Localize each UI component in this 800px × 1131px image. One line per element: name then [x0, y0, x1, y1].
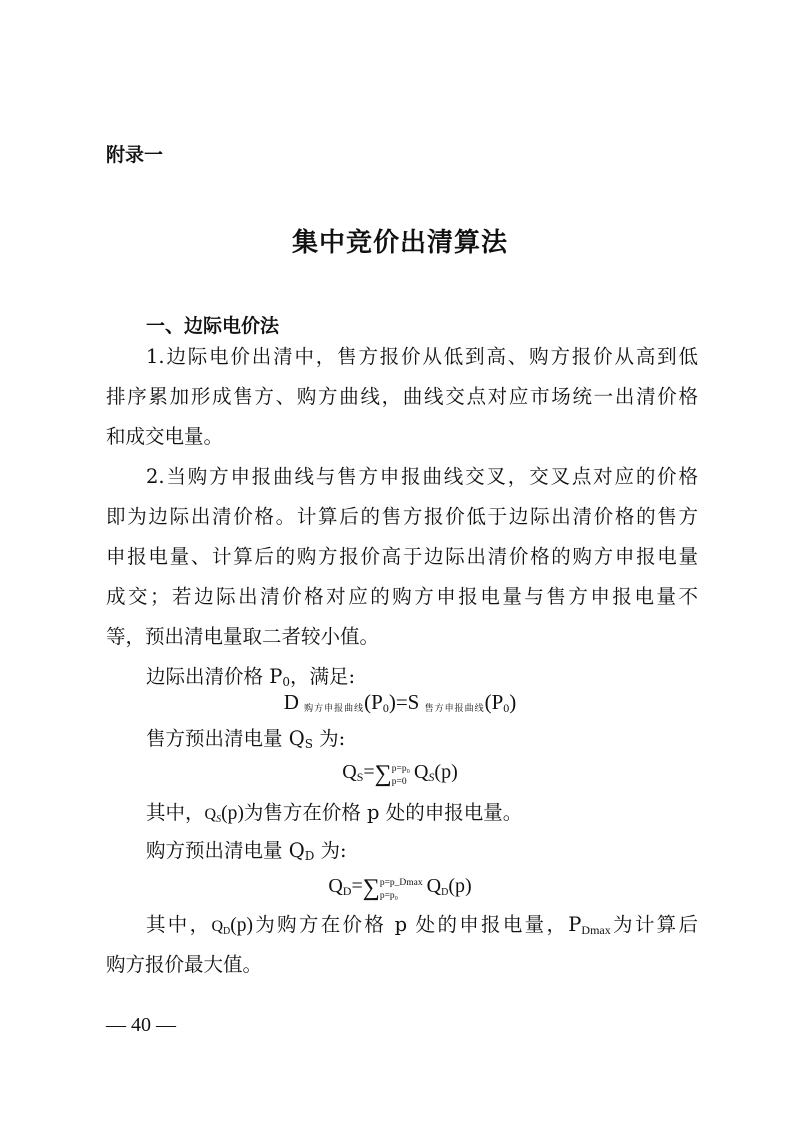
- paragraph-2-line-2: 即为边际出清价格。计算后的售方报价低于边际出清价格的售方: [106, 507, 698, 527]
- seller-note-q: Q: [205, 806, 217, 823]
- seller-intro-sub: S: [305, 737, 313, 751]
- buyer-quantity-note-line-1: 其中，QD(p)为购方在价格 p 处的申报电量，PDmax为计算后: [146, 915, 698, 937]
- buyer-quantity-note-line-2: 购方报价最大值。: [106, 955, 262, 975]
- formula-equals-s: )=S: [389, 690, 420, 714]
- buyer-formula-lhs: Q: [328, 875, 342, 897]
- seller-intro-prefix: 售方预出清电量 Q: [146, 727, 305, 750]
- formula-s-sub: 售方申报曲线: [425, 703, 485, 713]
- clearing-price-intro-prefix: 边际出清价格 P: [146, 665, 282, 688]
- seller-quantity-note: 其中，QS(p)为售方在价格 p 处的申报电量。: [146, 803, 522, 825]
- clearing-price-intro: 边际出清价格 P0，满足:: [146, 667, 355, 688]
- buyer-formula-term: Q: [427, 875, 441, 897]
- page-title: 集中竞价出清算法: [0, 222, 800, 259]
- paragraph-1-line-3: 和成交电量。: [106, 427, 223, 447]
- buyer-formula-eq: =: [351, 875, 362, 897]
- clearing-price-formula: D 购方申报曲线(P0)=S 售方申报曲线(P0): [0, 692, 800, 714]
- buyer-note-pd-sub: Dmax: [581, 923, 610, 937]
- seller-note-prefix: 其中，: [146, 801, 205, 824]
- paragraph-1-line-2: 排序累加形成售方、购方曲线，曲线交点对应市场统一出清价格: [106, 387, 698, 407]
- seller-note-arg: (p): [221, 803, 244, 824]
- paragraph-2-line-1: 2.当购方申报曲线与售方申报曲线交叉，交叉点对应的价格: [146, 467, 698, 487]
- section-heading: 一、边际电价法: [146, 311, 279, 338]
- buyer-formula-upper: p=p_Dmax: [380, 877, 423, 890]
- formula-d-sub: 购方申报曲线: [304, 703, 364, 713]
- seller-note-suffix: 为售方在价格 p 处的申报电量。: [244, 801, 522, 824]
- buyer-note-prefix: 其中，: [146, 913, 211, 936]
- seller-formula-lhs: Q: [342, 761, 356, 783]
- seller-quantity-formula: QS=∑p=p₀p=0QS(p): [0, 762, 800, 789]
- formula-arg2-close: ): [509, 690, 516, 714]
- seller-formula-term-arg: (p): [434, 761, 457, 783]
- buyer-intro-sub: D: [305, 849, 315, 863]
- appendix-label: 附录一: [106, 140, 163, 167]
- buyer-formula-term-arg: (p): [448, 875, 471, 897]
- buyer-note-suffix: 为计算后: [611, 913, 698, 936]
- paragraph-2-line-5: 等，预出清电量取二者较小值。: [106, 627, 379, 647]
- paragraph-2-line-3: 申报电量、计算后的购方报价高于边际出清价格的购方申报电量: [106, 547, 698, 567]
- clearing-price-intro-sub: 0: [282, 675, 290, 689]
- buyer-note-middle: 为购方在价格 p 处的申报电量，P: [253, 913, 581, 936]
- seller-formula-term: Q: [414, 761, 428, 783]
- seller-quantity-intro: 售方预出清电量 QS 为:: [146, 729, 345, 750]
- buyer-quantity-intro: 购方预出清电量 QD 为:: [146, 841, 347, 862]
- seller-formula-limits: p=p₀p=0: [392, 763, 410, 789]
- buyer-formula-lower: p=p₀: [380, 890, 423, 903]
- seller-formula-eq: =: [363, 761, 374, 783]
- formula-d: D: [284, 690, 299, 714]
- formula-arg2-open: (P: [485, 690, 504, 714]
- buyer-note-arg: (p): [230, 915, 253, 936]
- seller-formula-upper: p=p₀: [392, 763, 410, 776]
- paragraph-1-line-1: 1.边际电价出清中，售方报价从低到高、购方报价从高到低: [146, 347, 698, 367]
- document-page: 附录一 集中竞价出清算法 一、边际电价法 1.边际电价出清中，售方报价从低到高、…: [0, 0, 800, 1131]
- formula-arg-open: (P: [364, 690, 383, 714]
- buyer-intro-suffix: 为:: [314, 839, 346, 862]
- clearing-price-intro-suffix: ，满足:: [290, 665, 355, 688]
- seller-formula-lower: p=0: [392, 776, 410, 789]
- page-number: — 40 —: [106, 1014, 176, 1037]
- buyer-intro-prefix: 购方预出清电量 Q: [146, 839, 305, 862]
- sigma-icon: ∑: [375, 761, 392, 787]
- sigma-icon: ∑: [363, 875, 380, 901]
- buyer-formula-limits: p=p_Dmaxp=p₀: [380, 877, 423, 903]
- seller-intro-suffix: 为:: [313, 727, 345, 750]
- buyer-quantity-formula: QD=∑p=p_Dmaxp=p₀QD(p): [0, 876, 800, 903]
- paragraph-2-line-4: 成交；若边际出清价格对应的购方申报电量与售方申报电量不: [106, 587, 698, 607]
- buyer-note-q: Q: [211, 918, 223, 935]
